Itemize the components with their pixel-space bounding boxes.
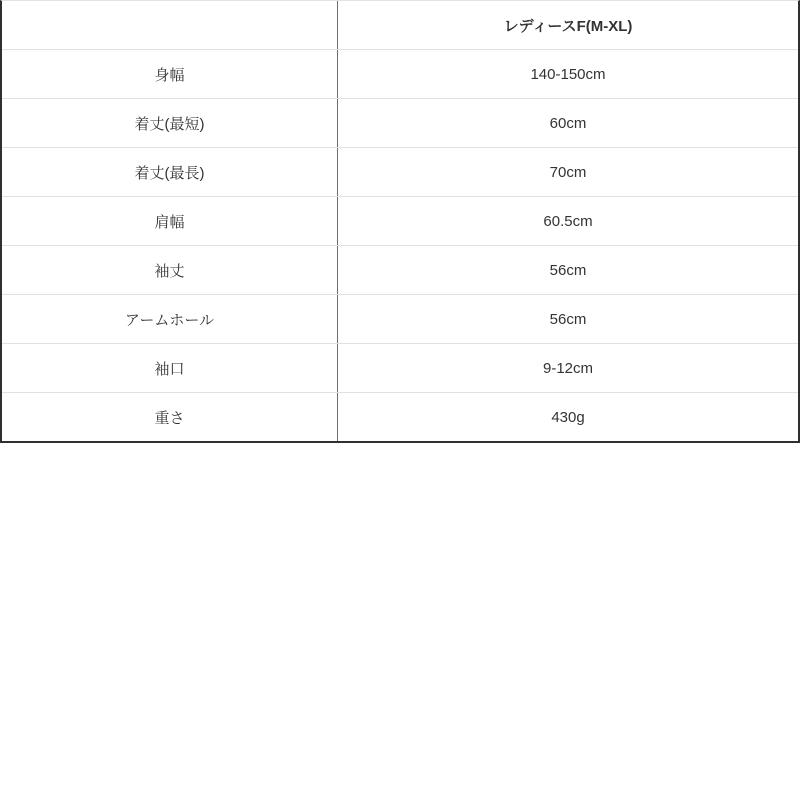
table-row: 着丈(最長) 70cm: [2, 148, 798, 197]
row-value: 140-150cm: [338, 50, 798, 98]
header-size-column-cell: レディースF(M-XL): [338, 1, 798, 49]
row-value: 60cm: [338, 99, 798, 147]
row-value: 9-12cm: [338, 344, 798, 392]
table-row: 身幅 140-150cm: [2, 50, 798, 99]
row-value: 430g: [338, 393, 798, 441]
row-value: 70cm: [338, 148, 798, 196]
table-row: アームホール 56cm: [2, 295, 798, 344]
size-chart-table: レディースF(M-XL) 身幅 140-150cm 着丈(最短) 60cm 着丈…: [0, 0, 800, 443]
table-row: 着丈(最短) 60cm: [2, 99, 798, 148]
row-label: 着丈(最長): [2, 148, 338, 196]
table-row: 肩幅 60.5cm: [2, 197, 798, 246]
row-label: アームホール: [2, 295, 338, 343]
row-label: 着丈(最短): [2, 99, 338, 147]
row-label: 重さ: [2, 393, 338, 441]
table-row: 袖丈 56cm: [2, 246, 798, 295]
row-label: 身幅: [2, 50, 338, 98]
page: レディースF(M-XL) 身幅 140-150cm 着丈(最短) 60cm 着丈…: [0, 0, 800, 800]
row-value: 56cm: [338, 295, 798, 343]
header-empty-cell: [2, 1, 338, 49]
row-value: 60.5cm: [338, 197, 798, 245]
table-header-row: レディースF(M-XL): [2, 1, 798, 50]
table-row: 袖口 9-12cm: [2, 344, 798, 393]
row-label: 袖口: [2, 344, 338, 392]
row-value: 56cm: [338, 246, 798, 294]
row-label: 袖丈: [2, 246, 338, 294]
row-label: 肩幅: [2, 197, 338, 245]
table-row: 重さ 430g: [2, 393, 798, 441]
